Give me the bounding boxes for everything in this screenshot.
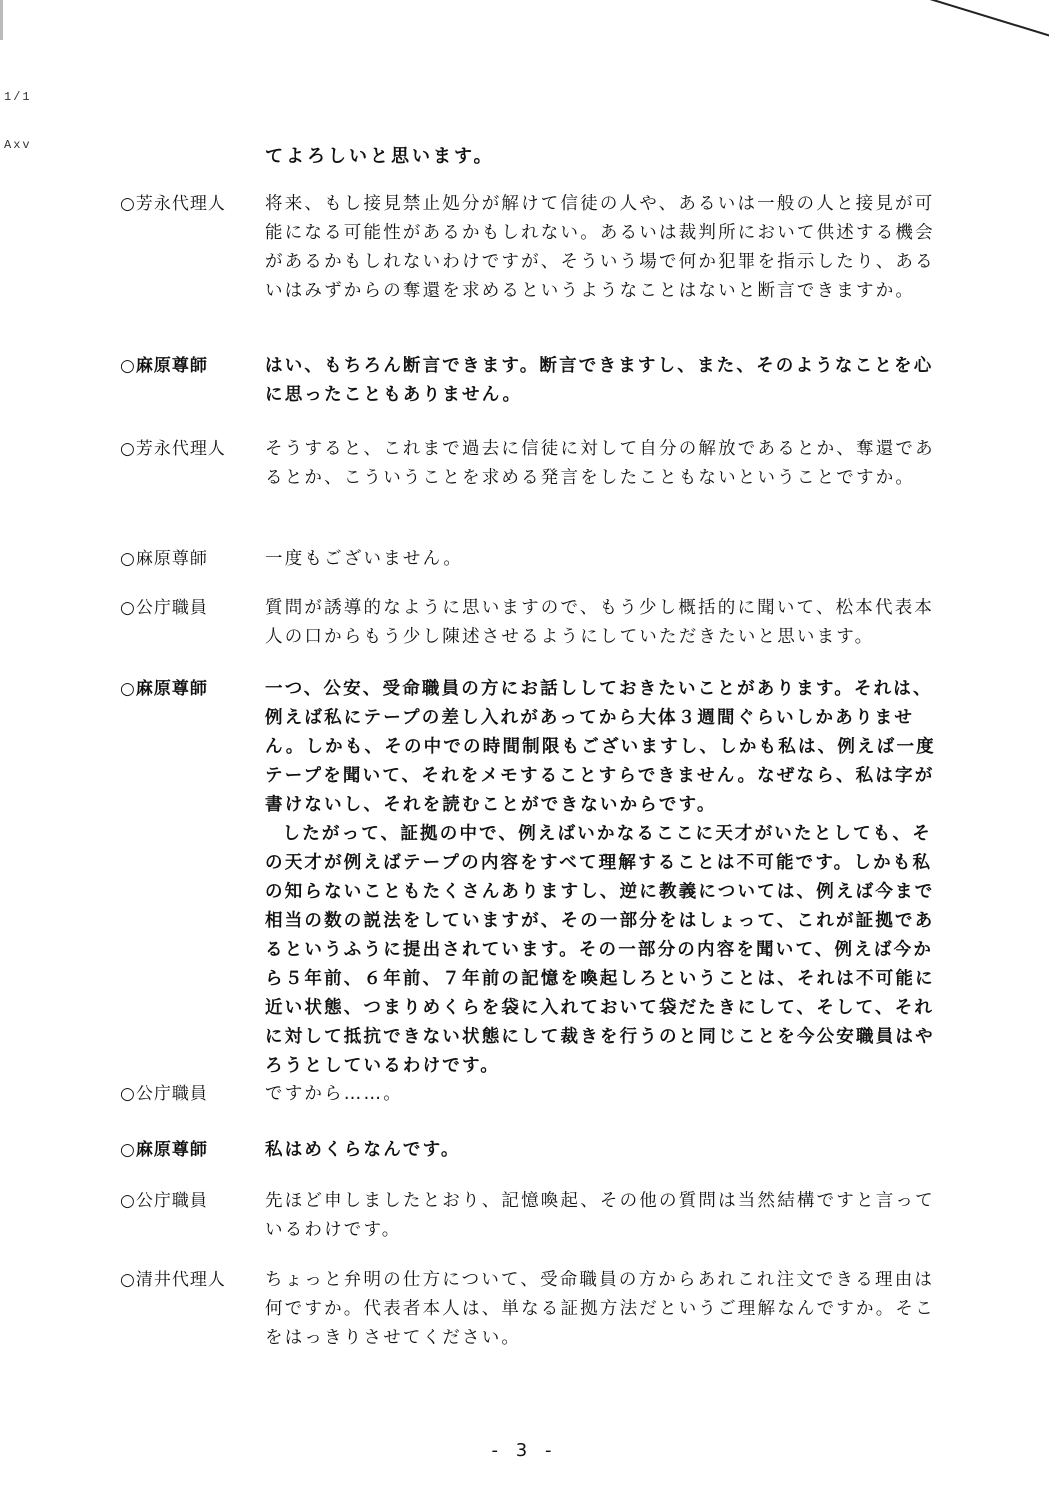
speech-paragraph: 将来、もし接見禁止処分が解けて信徒の人や、あるいは一般の人と接見が可能になる可能… <box>265 190 950 306</box>
speaker-label: ○清井代理人 <box>120 1266 265 1353</box>
continuation-text: てよろしいと思います。 <box>265 142 495 168</box>
margin-note-page: 1/1 <box>4 90 32 104</box>
speech-paragraph: そうすると、これまで過去に信徒に対して自分の解放であるとか、奪還であるとか、こう… <box>265 435 950 493</box>
speech-paragraph: 一つ、公安、受命職員の方にお話ししておきたいことがあります。それは、例えば私にテ… <box>265 675 950 820</box>
speech-text: 質問が誘導的なように思いますので、もう少し概括的に聞いて、松本代表本人の口からも… <box>265 594 950 652</box>
speech-text: ちょっと弁明の仕方について、受命職員の方からあれこれ注文できる理由は何ですか。代… <box>265 1266 950 1353</box>
speech-paragraph: 一度もございません。 <box>265 545 950 574</box>
speaker-label: ○麻原尊師 <box>120 1136 265 1165</box>
page-number: - 3 - <box>0 1440 1049 1461</box>
scan-edge-mark <box>0 0 3 40</box>
speech-paragraph: したがって、証拠の中で、例えばいかなるここに天才がいたとしても、その天才が例えば… <box>265 820 950 1081</box>
speaker-label: ○芳永代理人 <box>120 435 265 493</box>
speech-paragraph: ちょっと弁明の仕方について、受命職員の方からあれこれ注文できる理由は何ですか。代… <box>265 1266 950 1353</box>
speech-paragraph: はい、もちろん断言できます。断言できますし、また、そのようなことを心に思ったこと… <box>265 352 950 410</box>
speech-text: そうすると、これまで過去に信徒に対して自分の解放であるとか、奪還であるとか、こう… <box>265 435 950 493</box>
speech-paragraph: 先ほど申しましたとおり、記憶喚起、その他の質問は当然結構ですと言っているわけです… <box>265 1187 950 1245</box>
speaker-label: ○麻原尊師 <box>120 675 265 1081</box>
speech-paragraph: 質問が誘導的なように思いますので、もう少し概括的に聞いて、松本代表本人の口からも… <box>265 594 950 652</box>
transcript-entry: ○麻原尊師 はい、もちろん断言できます。断言できますし、また、そのようなことを心… <box>120 352 950 410</box>
speech-text: ですから……。 <box>265 1080 950 1109</box>
transcript-entry: ○麻原尊師 一つ、公安、受命職員の方にお話ししておきたいことがあります。それは、… <box>120 675 950 1081</box>
scan-corner-line <box>929 0 1049 41</box>
speaker-label: ○公庁職員 <box>120 1187 265 1245</box>
speaker-label: ○芳永代理人 <box>120 190 265 306</box>
transcript-entry: ○公庁職員 先ほど申しましたとおり、記憶喚起、その他の質問は当然結構ですと言って… <box>120 1187 950 1245</box>
transcript-entry: ○芳永代理人 そうすると、これまで過去に信徒に対して自分の解放であるとか、奪還で… <box>120 435 950 493</box>
speech-paragraph: ですから……。 <box>265 1080 950 1109</box>
speech-text: 将来、もし接見禁止処分が解けて信徒の人や、あるいは一般の人と接見が可能になる可能… <box>265 190 950 306</box>
transcript-entry: ○清井代理人 ちょっと弁明の仕方について、受命職員の方からあれこれ注文できる理由… <box>120 1266 950 1353</box>
speech-text: 先ほど申しましたとおり、記憶喚起、その他の質問は当然結構ですと言っているわけです… <box>265 1187 950 1245</box>
speaker-label: ○麻原尊師 <box>120 545 265 574</box>
speaker-label: ○公庁職員 <box>120 1080 265 1109</box>
transcript-entry: ○公庁職員 ですから……。 <box>120 1080 950 1109</box>
speaker-label: ○麻原尊師 <box>120 352 265 410</box>
transcript-entry: ○公庁職員 質問が誘導的なように思いますので、もう少し概括的に聞いて、松本代表本… <box>120 594 950 652</box>
speech-text: 私はめくらなんです。 <box>265 1136 950 1165</box>
speech-text: 一度もございません。 <box>265 545 950 574</box>
speech-text: はい、もちろん断言できます。断言できますし、また、そのようなことを心に思ったこと… <box>265 352 950 410</box>
transcript-entry: ○麻原尊師 一度もございません。 <box>120 545 950 574</box>
transcript-entry: ○芳永代理人 将来、もし接見禁止処分が解けて信徒の人や、あるいは一般の人と接見が… <box>120 190 950 306</box>
speech-paragraph: 私はめくらなんです。 <box>265 1136 950 1165</box>
transcript-entry: ○麻原尊師 私はめくらなんです。 <box>120 1136 950 1165</box>
speaker-label: ○公庁職員 <box>120 594 265 652</box>
speech-text: 一つ、公安、受命職員の方にお話ししておきたいことがあります。それは、例えば私にテ… <box>265 675 950 1081</box>
margin-note-code: Axv <box>4 138 32 152</box>
